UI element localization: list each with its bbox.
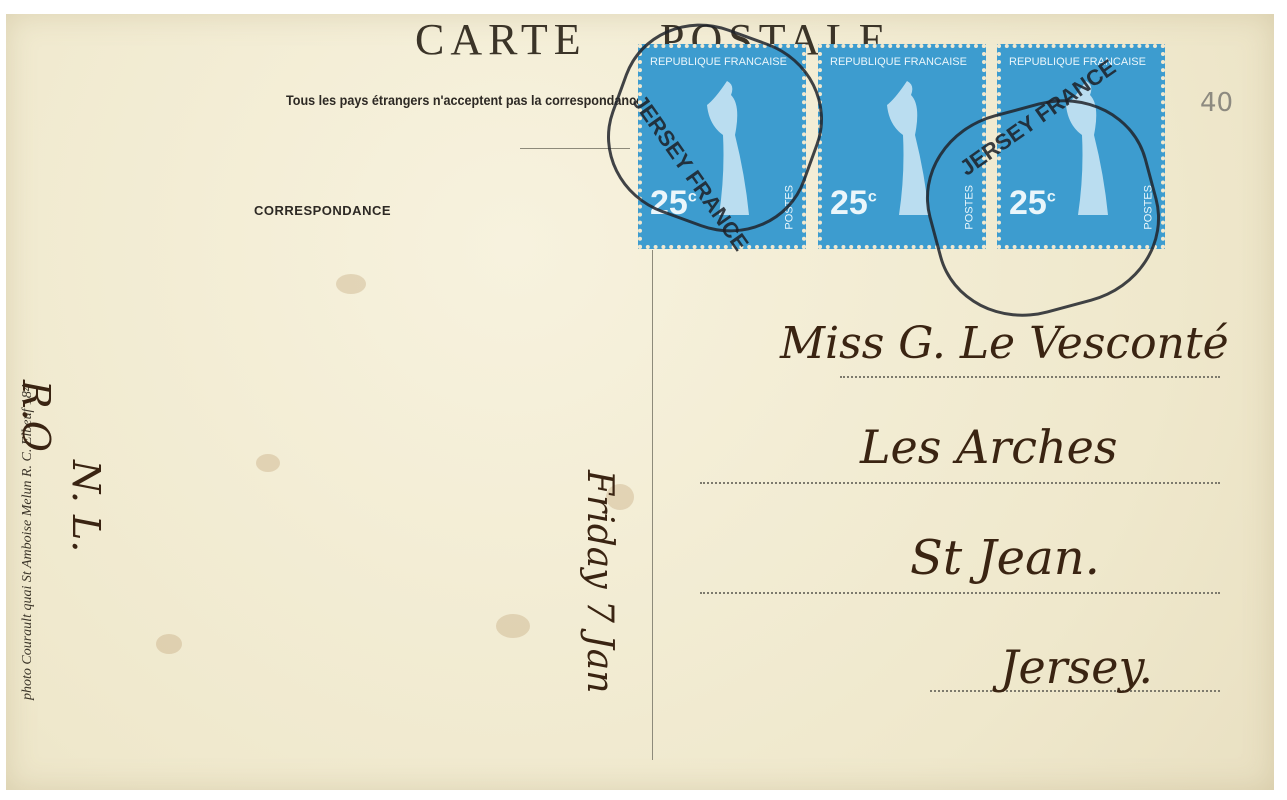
address-rule bbox=[700, 592, 1220, 594]
message-date: Friday 7 Jan bbox=[579, 470, 620, 693]
address-line-2: Les Arches bbox=[860, 420, 1117, 474]
stamp-country: REPUBLIQUE FRANCAISE bbox=[1009, 56, 1153, 68]
stamp-value: 25c bbox=[830, 184, 877, 223]
message-signature: R.O bbox=[17, 380, 55, 452]
correspondance-label: CORRESPONDANCE bbox=[254, 203, 391, 218]
address-line-1: Miss G. Le Vesconté bbox=[780, 318, 1229, 369]
stamp-country: REPUBLIQUE FRANCAISE bbox=[830, 56, 974, 68]
address-line-4: Jersey. bbox=[1000, 640, 1153, 694]
address-line-3: St Jean. bbox=[910, 530, 1100, 586]
foreign-notice: Tous les pays étrangers n'acceptent pas … bbox=[286, 92, 643, 108]
postcard-title-left: CARTE bbox=[415, 14, 587, 65]
message-signature: N. L. bbox=[67, 460, 105, 552]
address-rule bbox=[700, 482, 1220, 484]
address-rule bbox=[840, 376, 1220, 378]
pencil-note: 40 bbox=[1200, 88, 1233, 118]
center-divider bbox=[652, 250, 653, 760]
